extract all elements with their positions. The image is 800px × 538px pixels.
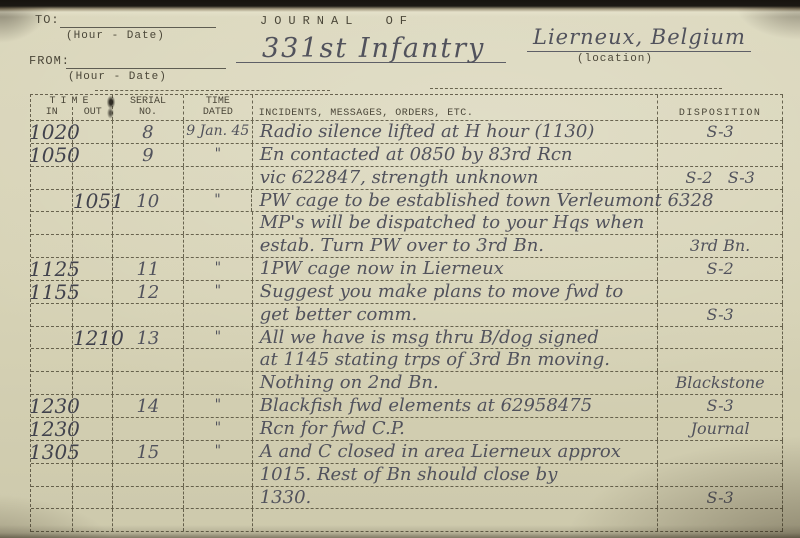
cell-text: Blackfish fwd elements at 62958475 (253, 395, 658, 417)
journal-row: 1230"Rcn for fwd C.P.Journal (31, 418, 783, 441)
cell-in: 1230 (31, 395, 73, 417)
journal-row: 115512"Suggest you make plans to move fw… (31, 281, 783, 304)
location-name: Lierneux, Belgium (533, 25, 746, 49)
cell-disp (658, 144, 783, 166)
cell-out (73, 121, 113, 143)
cell-text: PW cage to be established town Verleumon… (252, 190, 658, 212)
cell-serial: 13 (113, 327, 184, 349)
cell-serial: 8 (113, 121, 184, 143)
cell-in (31, 167, 73, 189)
cell-dated (184, 372, 253, 394)
journal-row: 123014"Blackfish fwd elements at 6295847… (31, 395, 783, 418)
cell-serial: 9 (113, 144, 184, 166)
col-serial-label-2: NO. (113, 107, 183, 118)
cell-disp (658, 281, 783, 303)
cell-serial: 14 (113, 395, 184, 417)
cell-text: 1015. Rest of Bn should close by (253, 464, 658, 486)
cell-disp: S-2 S-3 (658, 167, 783, 189)
cell-in: 1020 (31, 121, 73, 143)
cell-dated (184, 235, 253, 257)
cell-in (31, 372, 73, 394)
cell-serial (113, 487, 184, 509)
cell-serial (113, 212, 184, 234)
cell-out (73, 144, 113, 166)
cell-disp: Journal (658, 418, 783, 440)
cell-serial (113, 167, 184, 189)
cell-serial (113, 418, 184, 440)
cell-out (73, 167, 113, 189)
cell-dated: " (184, 281, 253, 303)
cell-text: Rcn for fwd C.P. (253, 418, 658, 440)
unit-name: 331st Infantry (262, 33, 485, 64)
cell-text: All we have is msg thru B/dog signed (253, 327, 658, 349)
cell-in: 1125 (31, 258, 73, 280)
cell-in (31, 327, 73, 349)
cell-dated: " (184, 144, 253, 166)
location-note: (location) (577, 53, 653, 65)
cell-disp (658, 349, 783, 371)
cell-serial (113, 372, 184, 394)
cell-in: 1230 (31, 418, 73, 440)
to-hour-date-note: (Hour - Date) (66, 30, 165, 42)
cell-text: MP's will be dispatched to your Hqs when (253, 212, 658, 234)
cell-serial (113, 235, 184, 257)
col-dated-label-1: TIME (184, 96, 252, 107)
journal-row: 1330.S-3 (31, 487, 783, 510)
cell-serial: 10 (113, 190, 184, 212)
cell-in: 1155 (31, 281, 73, 303)
col-time: TIME IN OUT (31, 95, 113, 120)
cell-serial: 12 (113, 281, 184, 303)
location-underline (527, 51, 751, 52)
cell-text: Suggest you make plans to move fwd to (253, 281, 658, 303)
cell-text: 1PW cage now in Lierneux (253, 258, 658, 280)
cell-in (31, 349, 73, 371)
journal-row: at 1145 stating trps of 3rd Bn moving. (31, 349, 783, 372)
to-underline (60, 27, 216, 28)
journal-row: 102089 Jan. 45Radio silence lifted at H … (31, 121, 783, 144)
cell-dated (184, 509, 253, 531)
cell-in (31, 464, 73, 486)
journal-row: 1015. Rest of Bn should close by (31, 464, 783, 487)
to-label: TO: (35, 13, 60, 27)
from-label: FROM: (29, 54, 70, 68)
cell-in: 1305 (31, 441, 73, 463)
cell-out (73, 487, 113, 509)
cell-in (31, 190, 73, 212)
ink-blot (106, 95, 116, 119)
col-dated: TIME DATED (184, 95, 253, 120)
journal-row: 10509"En contacted at 0850 by 83rd Rcn (31, 144, 783, 167)
cell-text (253, 509, 658, 531)
cell-out (73, 509, 113, 531)
col-dated-label-2: DATED (184, 107, 252, 118)
cell-text: estab. Turn PW over to 3rd Bn. (253, 235, 658, 257)
cell-dated: " (184, 441, 253, 463)
cell-in (31, 304, 73, 326)
cell-out (73, 281, 113, 303)
cell-dated: 9 Jan. 45 (184, 121, 253, 143)
journal-of-title: JOURNAL OF (260, 14, 414, 28)
cell-in: 1050 (31, 144, 73, 166)
cell-disp (658, 464, 783, 486)
cell-dated: " (184, 327, 253, 349)
cell-in (31, 487, 73, 509)
cell-dated (184, 464, 253, 486)
cell-out (73, 464, 113, 486)
cell-text: Nothing on 2nd Bn. (253, 372, 658, 394)
cell-in (31, 509, 73, 531)
cell-disp (658, 327, 783, 349)
cell-out (73, 212, 113, 234)
cell-dated: " (184, 418, 253, 440)
cell-text: Radio silence lifted at H hour (1130) (253, 121, 658, 143)
journal-row: 130515"A and C closed in area Lierneux a… (31, 441, 783, 464)
from-underline (66, 68, 226, 69)
cell-disp: S-3 (658, 121, 783, 143)
col-disposition-label: DISPOSITION (658, 95, 783, 120)
journal-row: Nothing on 2nd Bn.Blackstone (31, 372, 783, 395)
cell-text: A and C closed in area Lierneux approx (253, 441, 658, 463)
cell-dated (184, 304, 253, 326)
cell-dated: " (184, 395, 253, 417)
cell-dated: " (184, 190, 253, 212)
journal-row: get better comm.S-3 (31, 304, 783, 327)
cell-serial (113, 464, 184, 486)
cell-out (73, 395, 113, 417)
col-serial: SERIAL NO. (113, 95, 184, 120)
ruled-line-fragment (95, 90, 330, 91)
cell-text: En contacted at 0850 by 83rd Rcn (253, 144, 658, 166)
journal-row (31, 509, 783, 532)
cell-dated (184, 487, 253, 509)
scanned-journal-photo: TO: (Hour - Date) JOURNAL OF 331st Infan… (0, 0, 800, 538)
cell-disp: S-3 (658, 395, 783, 417)
table-header: TIME IN OUT SERIAL NO. TIME DATED INCIDE… (31, 95, 783, 121)
cell-in (31, 235, 73, 257)
cell-disp: S-2 (658, 258, 783, 280)
cell-text: at 1145 stating trps of 3rd Bn moving. (253, 349, 658, 371)
cell-serial (113, 349, 184, 371)
journal-row: vic 622847, strength unknownS-2 S-3 (31, 167, 783, 190)
table-body: 102089 Jan. 45Radio silence lifted at H … (31, 121, 783, 532)
cell-serial (113, 509, 184, 531)
cell-dated (184, 167, 253, 189)
journal-row: 112511"1PW cage now in LierneuxS-2 (31, 258, 783, 281)
cell-disp: S-3 (658, 304, 783, 326)
cell-disp: Blackstone (658, 372, 783, 394)
cell-out (73, 349, 113, 371)
unit-underline (236, 62, 506, 63)
cell-dated: " (184, 258, 253, 280)
cell-disp (658, 190, 783, 212)
cell-disp: 3rd Bn. (658, 235, 783, 257)
cell-out (73, 304, 113, 326)
cell-text: 1330. (253, 487, 658, 509)
cell-out: 1210 (73, 327, 113, 349)
journal-row: 105110"PW cage to be established town Ve… (31, 190, 783, 213)
cell-out (73, 372, 113, 394)
journal-row: 121013"All we have is msg thru B/dog sig… (31, 327, 783, 350)
journal-table: TIME IN OUT SERIAL NO. TIME DATED INCIDE… (30, 94, 783, 532)
cell-disp: S-3 (658, 487, 783, 509)
col-serial-label-1: SERIAL (113, 96, 183, 107)
cell-disp (658, 441, 783, 463)
cell-serial: 11 (113, 258, 184, 280)
cell-out: 1051 (73, 190, 113, 212)
cell-out (73, 235, 113, 257)
from-hour-date-note: (Hour - Date) (68, 71, 167, 83)
col-time-label: TIME (31, 95, 112, 107)
cell-out (73, 258, 113, 280)
col-in-label: IN (31, 107, 72, 120)
cell-dated (184, 212, 253, 234)
cell-disp (658, 212, 783, 234)
journal-row: estab. Turn PW over to 3rd Bn.3rd Bn. (31, 235, 783, 258)
cell-serial: 15 (113, 441, 184, 463)
cell-serial (113, 304, 184, 326)
cell-disp (658, 509, 783, 531)
cell-dated (184, 349, 253, 371)
cell-text: vic 622847, strength unknown (253, 167, 658, 189)
cell-text: get better comm. (253, 304, 658, 326)
cell-in (31, 212, 73, 234)
journal-row: MP's will be dispatched to your Hqs when (31, 212, 783, 235)
ruled-line-fragment (430, 88, 722, 89)
cell-out (73, 441, 113, 463)
col-incidents-label: INCIDENTS, MESSAGES, ORDERS, ETC. (253, 95, 658, 120)
cell-out (73, 418, 113, 440)
